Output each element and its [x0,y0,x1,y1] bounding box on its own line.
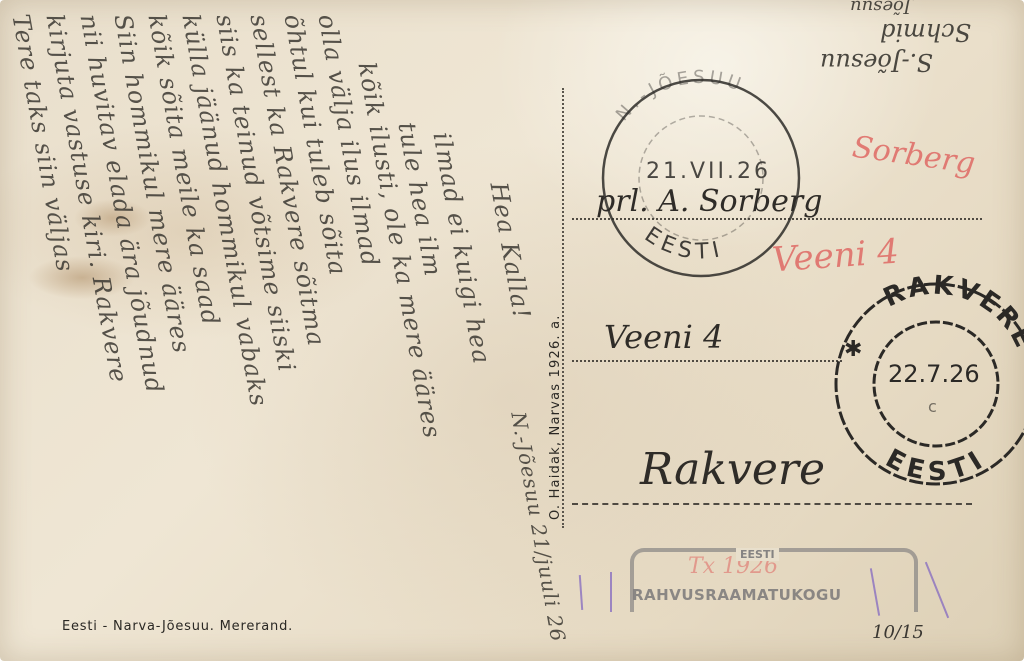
divider-line [562,88,564,528]
arrival-postmark: RAKVERE 22.7.26 c EESTI ✱ [826,272,1024,492]
address-line [572,503,972,505]
svg-text:EESTI: EESTI [881,443,993,487]
library-stamp: EESTI RAHVUSRAAMATUKOGU [630,548,918,612]
address-line [572,360,842,362]
postcard-caption: Eesti - Narva-Jõesuu. Mererand. [62,619,293,634]
postmark-top-text: RAKVERE [879,270,1024,354]
postmark-bottom-text: EESTI [881,443,993,487]
star-icon: ✱ [844,336,862,361]
pencil-mark [579,575,583,610]
postmark-date: 21.VII.26 [646,159,771,184]
postmark-bottom-text: EESTI [640,222,726,264]
library-stamp-country: EESTI [736,548,779,561]
svg-text:N.-JÕESUU: N.-JÕESUU [612,67,747,125]
svg-text:RAKVERE: RAKVERE [879,270,1024,354]
postmark-sub: c [928,397,937,416]
upside-down-note-line: Jõesuu [850,0,911,17]
postmark-top-text: N.-JÕESUU [612,67,747,125]
departure-postmark: N.-JÕESUU 21.VII.26 EESTI [586,78,816,268]
pencil-mark [925,562,949,618]
shelf-mark: 10/15 [872,622,924,643]
publisher-imprint: O. Haidak, Narvas 1926. a. [548,314,563,520]
postmark-date: 22.7.26 [888,360,980,388]
library-stamp-name: RAHVUSRAAMATUKOGU [632,586,842,604]
address-city: Rakvere [640,444,825,495]
pencil-mark [610,572,612,612]
postcard-back: Tere taks siin väljas kirjuta vastuse ki… [0,0,1024,661]
upside-down-note-line: Schmid [880,18,971,46]
upside-down-note-line: S.-Jõesuu [820,48,933,76]
svg-text:EESTI: EESTI [640,222,726,264]
message-greeting: Hea Kalla! [484,180,536,321]
address-street: Veeni 4 [604,318,723,356]
red-pencil-note: Sorberg [850,130,977,182]
